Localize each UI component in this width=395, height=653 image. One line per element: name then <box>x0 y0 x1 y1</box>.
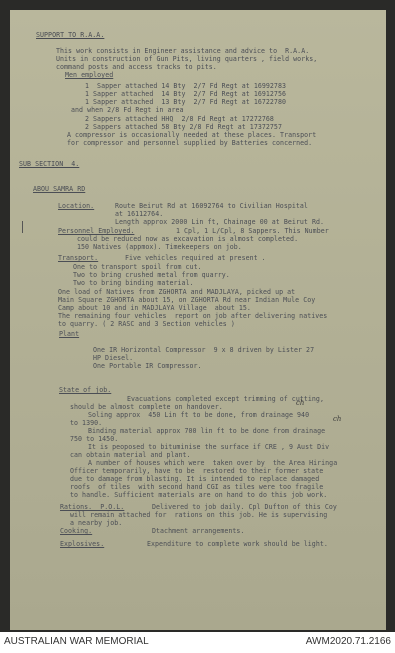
document-page: SUPPORT TO R.A.A. This work consists in … <box>10 10 386 630</box>
intro-line: This work consists in Engineer assistanc… <box>56 48 309 55</box>
state-line: 750 to 1450. <box>70 436 118 443</box>
handwritten-annotation: ch <box>333 415 341 423</box>
compressor-note: for compressor and personnel supplied by… <box>67 140 312 147</box>
compressor-note: A compressor is occasionally needed at t… <box>67 132 316 139</box>
explosives-text: Expenditure to complete work should be l… <box>147 541 328 548</box>
handwritten-annotation: ch <box>296 399 304 407</box>
state-line: Soling approx 450 Lin ft to be done, fro… <box>88 412 309 419</box>
road-title: ABOU SAMRA RD <box>33 186 85 193</box>
transport-line: The remaining four vehicles report on jo… <box>58 313 327 320</box>
men-line: 1 Sapper attached 14 Bty 2/7 Fd Regt at … <box>85 83 286 90</box>
rations-line: will remain attached for rations on this… <box>70 512 327 519</box>
rations-line: Delivered to job daily. Cpl Dufton of th… <box>152 504 337 511</box>
state-line: Evacuations completed except trimming of… <box>127 396 324 403</box>
personnel-line: 1 Cpl, 1 L/Cpl, 8 Sappers. This Number <box>176 228 329 235</box>
location-line: Length approx 2000 Lin ft, Chainage 00 a… <box>115 219 324 226</box>
personnel-line: 150 Natives (appmox). Timekeepers on job… <box>77 244 242 251</box>
transport-line: Camp about 10 and in MADJLAYA Village ab… <box>58 305 251 312</box>
men-line: 1 Sapper attached 14 Bty 2/7 Fd Regt at … <box>85 91 286 98</box>
plant-line: One IR Horizontal Compressor 9 x 8 drive… <box>93 347 314 354</box>
state-line: to 1390. <box>70 420 102 427</box>
men-line: 2 Sappers attached HHQ 2/8 Fd Regt at 17… <box>85 116 274 123</box>
cooking-label: Cooking. <box>60 528 92 535</box>
subsection-heading: SUB SECTION 4. <box>19 161 79 168</box>
state-line: A number of houses which were taken over… <box>88 460 337 467</box>
state-line: Binding material approx 700 lin ft to be… <box>88 428 325 435</box>
state-line: can obtain material and plant. <box>70 452 191 459</box>
rations-line: a nearby job. <box>70 520 122 527</box>
section-heading-support: SUPPORT TO R.A.A. <box>36 32 104 39</box>
state-line: should be almost complete on handover. <box>70 404 223 411</box>
personnel-label: Personnel Employed. <box>58 228 134 235</box>
men-line: 2 Sappers attached 58 Bty 2/8 Fd Regt at… <box>85 124 282 131</box>
state-line: due to damage from blasting. It is inten… <box>70 476 319 483</box>
transport-line: Five vehicles required at present . <box>125 255 266 262</box>
state-line: roofs of tiles with second hand CGI as t… <box>70 484 323 491</box>
transport-line: One load of Natives from ZGHORTA and MAD… <box>58 289 295 296</box>
personnel-line: could be reduced now as excavation is al… <box>77 236 298 243</box>
footer-bar: AUSTRALIAN WAR MEMORIAL AWM2020.71.2166 <box>0 632 395 653</box>
state-label: State of job. <box>59 387 111 394</box>
and-when-line: and when 2/8 Fd Regt in area <box>71 107 184 114</box>
transport-line: Two to bring crushed metal from quarry. <box>73 272 230 279</box>
cooking-text: Dtachment arrangements. <box>152 528 244 535</box>
transport-line: to quarry. ( 2 RASC and 3 Section vehicl… <box>58 321 235 328</box>
rations-label: Rations. P.O.L. <box>60 504 124 511</box>
transport-line: One to transport spoil from cut. <box>73 264 202 271</box>
men-line: 1 Sapper attached 13 Bty 2/7 Fd Regt at … <box>85 99 286 106</box>
plant-line: One Portable IR Compressor. <box>93 363 202 370</box>
intro-line: command posts and access tracks to pits. <box>56 64 217 71</box>
state-line: Officer temporarily, have to be restored… <box>70 468 323 475</box>
state-line: It is peoposed to bituminise the surface… <box>88 444 329 451</box>
margin-mark <box>22 221 23 233</box>
explosives-label: Explosives. <box>60 541 104 548</box>
transport-label: Transport. <box>58 255 98 262</box>
plant-line: HP Diesel. <box>93 355 133 362</box>
plant-label: Plant <box>59 331 79 338</box>
location-line: at 16112764. <box>115 211 163 218</box>
transport-line: Main Square ZGHORTA about 15, on ZGHORTA… <box>58 297 315 304</box>
location-line: Route Beirut Rd at 16092764 to Civilian … <box>115 203 308 210</box>
state-line: to handle. Sufficient materials are on h… <box>70 492 327 499</box>
location-label: Location. <box>58 203 94 210</box>
reference-number: AWM2020.71.2166 <box>306 636 391 647</box>
men-employed-label: Men employed <box>65 72 113 79</box>
transport-line: Two to bring binding material. <box>73 280 194 287</box>
institution-label: AUSTRALIAN WAR MEMORIAL <box>4 636 149 647</box>
intro-line: Units in construction of Gun Pits, livin… <box>56 56 317 63</box>
